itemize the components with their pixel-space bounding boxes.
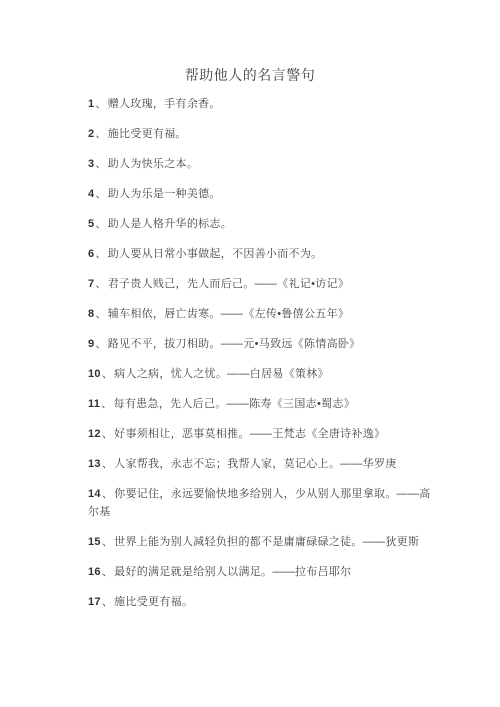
item-separator: 、 [100,398,113,410]
item-text: 助人为快乐之本。 [108,158,198,170]
item-text: 助人为乐是一种美德。 [108,188,221,200]
item-separator: 、 [101,596,114,608]
item-separator: 、 [94,278,107,290]
item-text: 世界上能为别人减轻负担的都不是庸庸碌碌之徒。——狄更斯 [114,536,419,548]
item-text: 每有患急，先人后己。——陈寿《三国志•蜀志》 [114,398,355,410]
item-number: 15 [88,536,101,548]
item-text: 赠人玫瑰，手有余香。 [108,98,221,110]
item-separator: 、 [94,188,107,200]
item-text: 助人要从日常小事做起，不因善小而不为。 [108,248,323,260]
item-text: 辅车相依，唇亡齿寒。——《左传•鲁僖公五年》 [108,308,349,320]
list-item: 12、好事须相让，恶事莫相推。——王梵志《全唐诗补逸》 [88,425,438,443]
item-text: 施比受更有福。 [108,128,187,140]
list-item: 15、世界上能为别人减轻负担的都不是庸庸碌碌之徒。——狄更斯 [88,533,438,551]
item-separator: 、 [101,368,114,380]
item-separator: 、 [94,128,107,140]
item-separator: 、 [101,566,114,578]
quote-list: 1、赠人玫瑰，手有余香。 2、施比受更有福。 3、助人为快乐之本。 4、助人为乐… [88,95,438,611]
item-separator: 、 [94,338,107,350]
list-item: 10、病人之病，忧人之忧。——白居易《策林》 [88,365,438,383]
item-separator: 、 [94,98,107,110]
list-item: 6、助人要从日常小事做起，不因善小而不为。 [88,245,438,263]
list-item: 5、助人是人格升华的标志。 [88,215,438,233]
document-page: 帮助他人的名言警句 1、赠人玫瑰，手有余香。 2、施比受更有福。 3、助人为快乐… [0,0,500,707]
item-number: 16 [88,566,101,578]
list-item: 16、最好的满足就是给别人以满足。——拉布吕耶尔 [88,563,438,581]
item-number: 12 [88,428,101,440]
list-item: 13、人家帮我，永志不忘；我帮人家，莫记心上。——华罗庚 [88,455,438,473]
list-item: 3、助人为快乐之本。 [88,155,438,173]
item-text: 君子贵人贱己，先人而后己。——《礼记•访记》 [108,278,349,290]
item-separator: 、 [94,158,107,170]
list-item: 11、每有患急，先人后己。——陈寿《三国志•蜀志》 [88,395,438,413]
list-item: 9、路见不平，拔刀相助。——元•马致远《陈情高卧》 [88,335,438,353]
item-separator: 、 [94,218,107,230]
item-text: 路见不平，拔刀相助。——元•马致远《陈情高卧》 [108,338,361,350]
item-separator: 、 [101,488,114,500]
list-item: 2、施比受更有福。 [88,125,438,143]
item-text: 助人是人格升华的标志。 [108,218,232,230]
list-item: 17、施比受更有福。 [88,593,438,611]
item-text: 人家帮我，永志不忘；我帮人家，莫记心上。——华罗庚 [114,458,397,470]
list-item: 8、辅车相依，唇亡齿寒。——《左传•鲁僖公五年》 [88,305,438,323]
item-text: 病人之病，忧人之忧。——白居易《策林》 [114,368,329,380]
list-item: 1、赠人玫瑰，手有余香。 [88,95,438,113]
item-text: 最好的满足就是给别人以满足。——拉布吕耶尔 [114,566,351,578]
item-separator: 、 [94,248,107,260]
list-item: 14、你要记住，永远要愉快地多给别人，少从别人那里拿取。——高尔基 [88,485,438,521]
item-text: 你要记住，永远要愉快地多给别人，少从别人那里拿取。——高尔基 [88,488,431,518]
item-text: 施比受更有福。 [114,596,193,608]
list-item: 4、助人为乐是一种美德。 [88,185,438,203]
page-title: 帮助他人的名言警句 [0,65,500,85]
item-number: 17 [88,596,101,608]
list-item: 7、君子贵人贱己，先人而后己。——《礼记•访记》 [88,275,438,293]
item-number: 10 [88,368,101,380]
item-separator: 、 [101,458,114,470]
item-number: 11 [88,398,100,410]
item-number: 13 [88,458,101,470]
item-number: 14 [88,488,101,500]
item-separator: 、 [101,428,114,440]
item-separator: 、 [101,536,114,548]
item-text: 好事须相让，恶事莫相推。——王梵志《全唐诗补逸》 [114,428,385,440]
item-separator: 、 [94,308,107,320]
